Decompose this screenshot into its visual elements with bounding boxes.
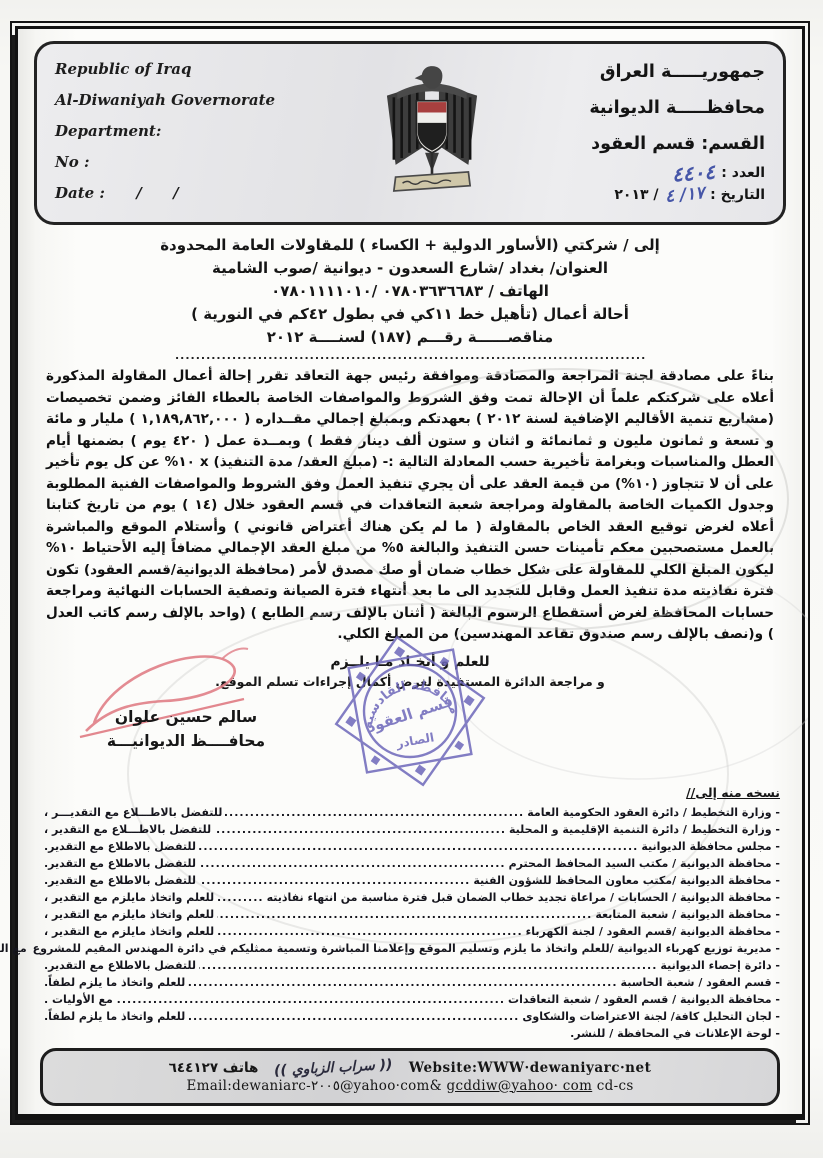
cc-dots xyxy=(116,991,505,1008)
cc-dots xyxy=(188,974,617,991)
cc-item-13: لجان التحليل كافة/ لجنة الاعتراضات والشك… xyxy=(44,1008,780,1025)
signatory-title: محافــــظ الديوانيـــة xyxy=(86,729,286,753)
footer-contact-box: هاتف ٦٤٤١٢٧ (( سراب الزباوي )) Website:W… xyxy=(40,1048,780,1106)
cc-action: للعلم واتخاذ مايلزم مع التقدير ، xyxy=(44,906,214,923)
cc-action: للعلم واتخاذ مايلزم مع التقدير ، xyxy=(44,889,214,906)
cc-action: للتفضل بالاطلاع مع التقدير. xyxy=(44,838,196,855)
tender-reference: مناقصــــــة رقـــم (١٨٧) لسنــــة ٢٠١٢ xyxy=(34,326,786,349)
signatory: سالم حسين علوان محافــــظ الديوانيـــة xyxy=(86,705,286,753)
cc-dots xyxy=(188,1008,519,1025)
footer-line-2: Email:dewaniarc-٢٠٠٥@yahoo·com& gcddiw@y… xyxy=(186,1078,633,1094)
cc-dots xyxy=(199,957,657,974)
ref-number-line: العدد : ٤٤٠٤ xyxy=(589,162,765,184)
country-ar: جمهوريـــــة العراق xyxy=(589,54,765,90)
letter-subject: أحالة أعمال (تأهيل خط ١١كي في بطول ٤٢كم … xyxy=(34,303,786,326)
letter-body: بناءً على مصادقة لجنة المراجعة والمصادقة… xyxy=(46,366,774,646)
recipient-phones: الهاتف / ٠٧٨٠٣٦٣٦٦٨٣ /٠٧٨٠١١١١٠١٠ xyxy=(34,280,786,303)
cc-org: محافظة الديوانية / شعبة المتابعة xyxy=(595,906,780,923)
cc-item-3: مجلس محافظة الديوانيةللتفضل بالاطلاع مع … xyxy=(44,838,780,855)
cc-item-1: وزارة التخطيط / دائرة العقود الحكومية ال… xyxy=(44,804,780,821)
footer-email-link: gcddiw@yahoo· com xyxy=(447,1078,593,1094)
footer-phone: هاتف ٦٤٤١٢٧ xyxy=(169,1060,259,1076)
cc-dots xyxy=(217,889,263,906)
cc-item-6: محافظة الديوانية / الحسابات / مراعاة تجد… xyxy=(44,889,780,906)
footer-line-1: هاتف ٦٤٤١٢٧ (( سراب الزباوي )) Website:W… xyxy=(169,1060,652,1076)
cc-item-8: محافظة الديوانية /قسم العقود / لجنة الكه… xyxy=(44,923,780,940)
ref-number-label: العدد : xyxy=(721,162,765,184)
ref-date-handwritten: ١٧/ ٤ xyxy=(664,182,706,208)
cc-action: مع التقدير ، xyxy=(0,940,27,957)
iraq-eagle-emblem xyxy=(380,52,484,212)
cc-action: للعلم واتخاذ مايلزم مع التقدير ، xyxy=(44,923,214,940)
ref-number-handwritten: ٤٤٠٤ xyxy=(672,161,716,186)
ref-date-label: التاريخ : xyxy=(710,184,765,206)
cc-action: للتفضل بالاطـــلاع مع التقديـــر ، xyxy=(44,804,222,821)
cc-item-10: دائرة إحصاء الديوانيةللتفضل بالاطلاع مع … xyxy=(44,957,780,974)
cc-org: محافظة الديوانية /مكتب معاون المحافظ للش… xyxy=(473,872,780,889)
cc-item-12: محافظة الديوانية / قسم العقود / شعبة الت… xyxy=(44,991,780,1008)
cc-org: محافظة الديوانية / الحسابات / مراعاة تجد… xyxy=(267,889,780,906)
signature-zone: سالم حسين علوان محافــــظ الديوانيـــة xyxy=(34,689,786,785)
cc-action: مع الأوليات . xyxy=(44,991,113,1008)
cc-org: لجان التحليل كافة/ لجنة الاعتراضات والشك… xyxy=(522,1008,780,1025)
cc-dots xyxy=(199,872,470,889)
cc-heading: نسخه منه إلى// xyxy=(44,785,780,800)
cc-org: مجلس محافظة الديوانية xyxy=(641,838,780,855)
eagle-icon xyxy=(380,57,484,207)
cc-org: دائرة إحصاء الديوانية xyxy=(660,957,780,974)
number-label-en: No : xyxy=(55,147,275,178)
cc-dots xyxy=(199,838,638,855)
cc-item-5: محافظة الديوانية /مكتب معاون المحافظ للش… xyxy=(44,872,780,889)
cc-action: للتفضل بالاطلاع مع التقدير. xyxy=(44,957,196,974)
cc-action: للتفضل بالاطلاع مع التقدير. xyxy=(44,872,196,889)
cc-org: لوحة الإعلانات في المحافظة / للنشر. xyxy=(570,1025,780,1042)
recipient-to: إلى / شركتي (الأساور الدولية + الكساء ) … xyxy=(34,234,786,257)
cc-item-7: محافظة الديوانية / شعبة المتابعةللعلم وا… xyxy=(44,906,780,923)
cc-org: محافظة الديوانية / قسم العقود / شعبة الت… xyxy=(508,991,780,1008)
cc-dots xyxy=(199,855,506,872)
cc-dots xyxy=(214,821,506,838)
letterhead-arabic: جمهوريـــــة العراق محافظـــــة الديواني… xyxy=(589,54,765,212)
cc-action: للتفضل بالاطـــلاع مع التقدير ، xyxy=(44,821,211,838)
signatory-name: سالم حسين علوان xyxy=(86,705,286,729)
letterhead-english: Republic of Iraq Al-Diwaniyah Governorat… xyxy=(55,54,275,212)
cc-org: وزارة التخطيط / دائرة التنمية الإقليمية … xyxy=(509,821,780,838)
footer-email-part1: Email:dewaniarc-٢٠٠٥@yahoo·com& xyxy=(186,1078,446,1094)
cc-item-11: قسم العقود / شعبة الحاسبةللعلم واتخاذ ما… xyxy=(44,974,780,991)
cc-dots xyxy=(225,804,524,821)
cc-dots xyxy=(217,923,523,940)
dotted-separator xyxy=(175,350,645,362)
contracts-department-stamp: محافظة القادسية قسم العقود الصادر xyxy=(313,613,508,808)
country-en: Republic of Iraq xyxy=(55,54,275,85)
footer-website: Website:WWW·dewaniyarc·net xyxy=(409,1060,651,1076)
cc-org: قسم العقود / شعبة الحاسبة xyxy=(621,974,780,991)
cc-org: وزارة التخطيط / دائرة العقود الحكومية ال… xyxy=(527,804,780,821)
governorate-ar: محافظـــــة الديوانية xyxy=(589,90,765,126)
footer-email-suffix: cd-cs xyxy=(592,1078,633,1094)
cc-list: نسخه منه إلى// وزارة التخطيط / دائرة الع… xyxy=(44,785,780,1042)
ref-date-year: / ٢٠١٣ xyxy=(614,184,658,206)
cc-action: للتفضل بالاطلاع مع التقدير. xyxy=(44,855,196,872)
stamp-outgoing-text: الصادر xyxy=(394,730,435,751)
document-paper: Republic of Iraq Al-Diwaniyah Governorat… xyxy=(18,29,802,1114)
governorate-en: Al-Diwaniyah Governorate xyxy=(55,85,275,116)
cc-dots xyxy=(217,906,592,923)
cc-item-14: لوحة الإعلانات في المحافظة / للنشر. xyxy=(44,1025,780,1042)
recipient-block: إلى / شركتي (الأساور الدولية + الكساء ) … xyxy=(34,234,786,349)
cc-item-9: مديرية توزيع كهرباء الديوانية /للعلم وات… xyxy=(44,940,780,957)
cc-action: للعلم واتخاذ ما يلزم لطفاً. xyxy=(44,974,185,991)
cc-org: محافظة الديوانية /قسم العقود / لجنة الكه… xyxy=(526,923,780,940)
cc-org: مديرية توزيع كهرباء الديوانية /للعلم وات… xyxy=(33,940,780,957)
cc-org: محافظة الديوانية / مكتب السيد المحافظ ال… xyxy=(509,855,780,872)
cc-item-4: محافظة الديوانية / مكتب السيد المحافظ ال… xyxy=(44,855,780,872)
letterhead: Republic of Iraq Al-Diwaniyah Governorat… xyxy=(34,41,786,225)
recipient-address: العنوان/ بغداد /شارع السعدون - ديوانية /… xyxy=(34,257,786,280)
department-label-en: Department: xyxy=(55,116,275,147)
cc-action: للعلم واتخاذ ما يلزم لطفاً. xyxy=(44,1008,185,1025)
scanned-document-sheet: Republic of Iraq Al-Diwaniyah Governorat… xyxy=(15,26,805,1120)
ref-date-line: التاريخ : ١٧/ ٤ / ٢٠١٣ xyxy=(589,184,765,206)
cc-item-2: وزارة التخطيط / دائرة التنمية الإقليمية … xyxy=(44,821,780,838)
department-ar: القسم: قسم العقود xyxy=(589,126,765,162)
date-label-en: Date : / / xyxy=(55,178,275,209)
footer-handwritten-name: (( سراب الزباوي )) xyxy=(274,1056,393,1078)
